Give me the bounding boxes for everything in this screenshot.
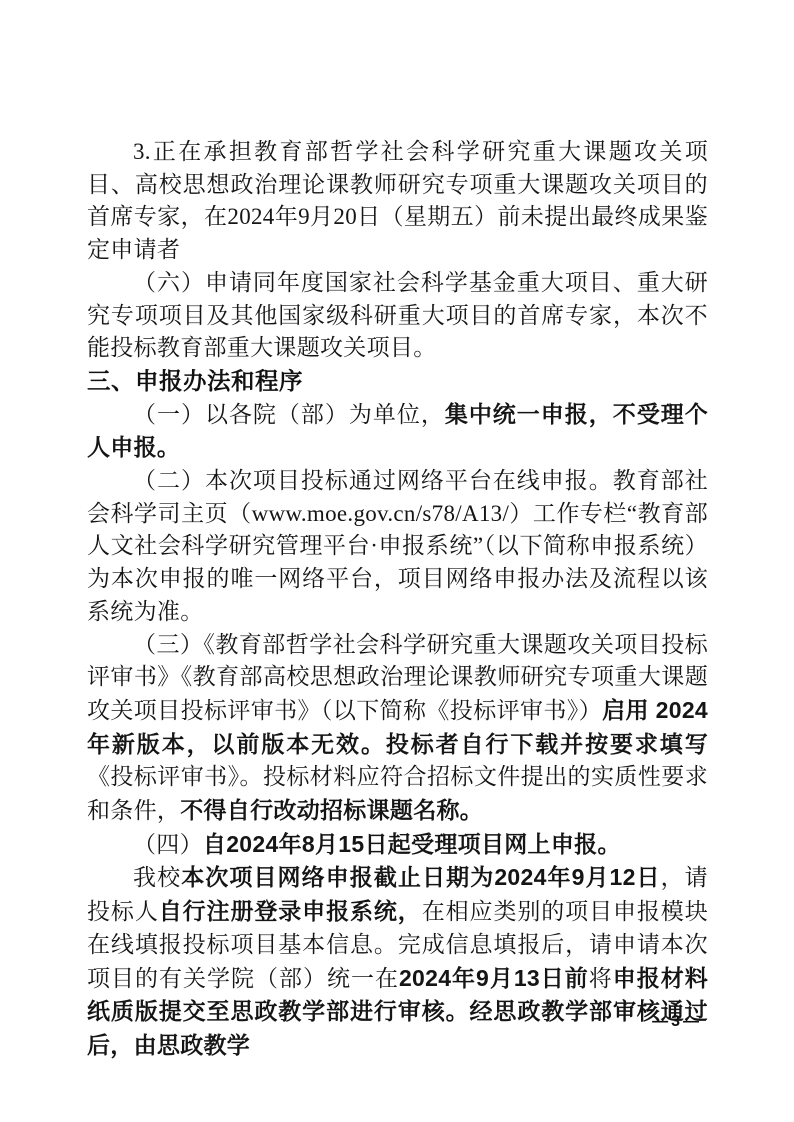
text-run: 我校 — [133, 865, 181, 890]
text-run-bold: 本次项目网络申报截止日期为2024年9月12日 — [181, 864, 660, 890]
document-body: 3.正在承担教育部哲学社会科学研究重大课题攻关项目、高校思想政治理论课教师研究专… — [87, 136, 708, 1063]
text-run-bold: 自行注册登录申报系统， — [159, 898, 422, 924]
paragraph-school-deadline: 我校本次项目网络申报截止日期为2024年9月12日，请投标人自行注册登录申报系统… — [87, 861, 708, 1062]
text-run-bold: 自2024年8月15日起受理项目网上申报。 — [203, 831, 621, 857]
paragraph-method-four: （四）自2024年8月15日起受理项目网上申报。 — [87, 828, 708, 862]
document-page: 3.正在承担教育部哲学社会科学研究重大课题攻关项目、高校思想政治理论课教师研究专… — [0, 0, 794, 1122]
page-number: —3— — [652, 1013, 702, 1031]
text-run: （一）以各院（部）为单位， — [133, 402, 445, 427]
text-run: 3.正在承担教育部哲学社会科学研究重大课题攻关项目、高校思想政治理论课教师研究专… — [87, 139, 708, 262]
paragraph-method-three: （三）《教育部哲学社会科学研究重大课题攻关项目投标评审书》《教育部高校思想政治理… — [87, 629, 708, 828]
paragraph-eligibility-item6: （六）申请同年度国家社会科学基金重大项目、重大研究专项项目及其他国家级科研重大项… — [87, 267, 708, 365]
paragraph-eligibility-item3: 3.正在承担教育部哲学社会科学研究重大课题攻关项目、高校思想政治理论课教师研究专… — [87, 136, 708, 267]
text-run-bold: 不得自行改动招标课题名称。 — [180, 797, 483, 823]
text-run: （二）本次项目投标通过网络平台在线申报。教育部社会科学司主页（www.moe.g… — [87, 468, 708, 624]
text-run: 将 — [589, 966, 613, 991]
paragraph-method-one: （一）以各院（部）为单位，集中统一申报，不受理个人申报。 — [87, 398, 708, 465]
text-run: （四） — [133, 832, 203, 857]
section-heading-application-procedure: 三、申报办法和程序 — [87, 365, 708, 398]
paragraph-method-two: （二）本次项目投标通过网络平台在线申报。教育部社会科学司主页（www.moe.g… — [87, 465, 708, 629]
text-run: （六）申请同年度国家社会科学基金重大项目、重大研究专项项目及其他国家级科研重大项… — [87, 270, 708, 360]
text-run-bold: 2024年9月13日前 — [399, 965, 589, 991]
